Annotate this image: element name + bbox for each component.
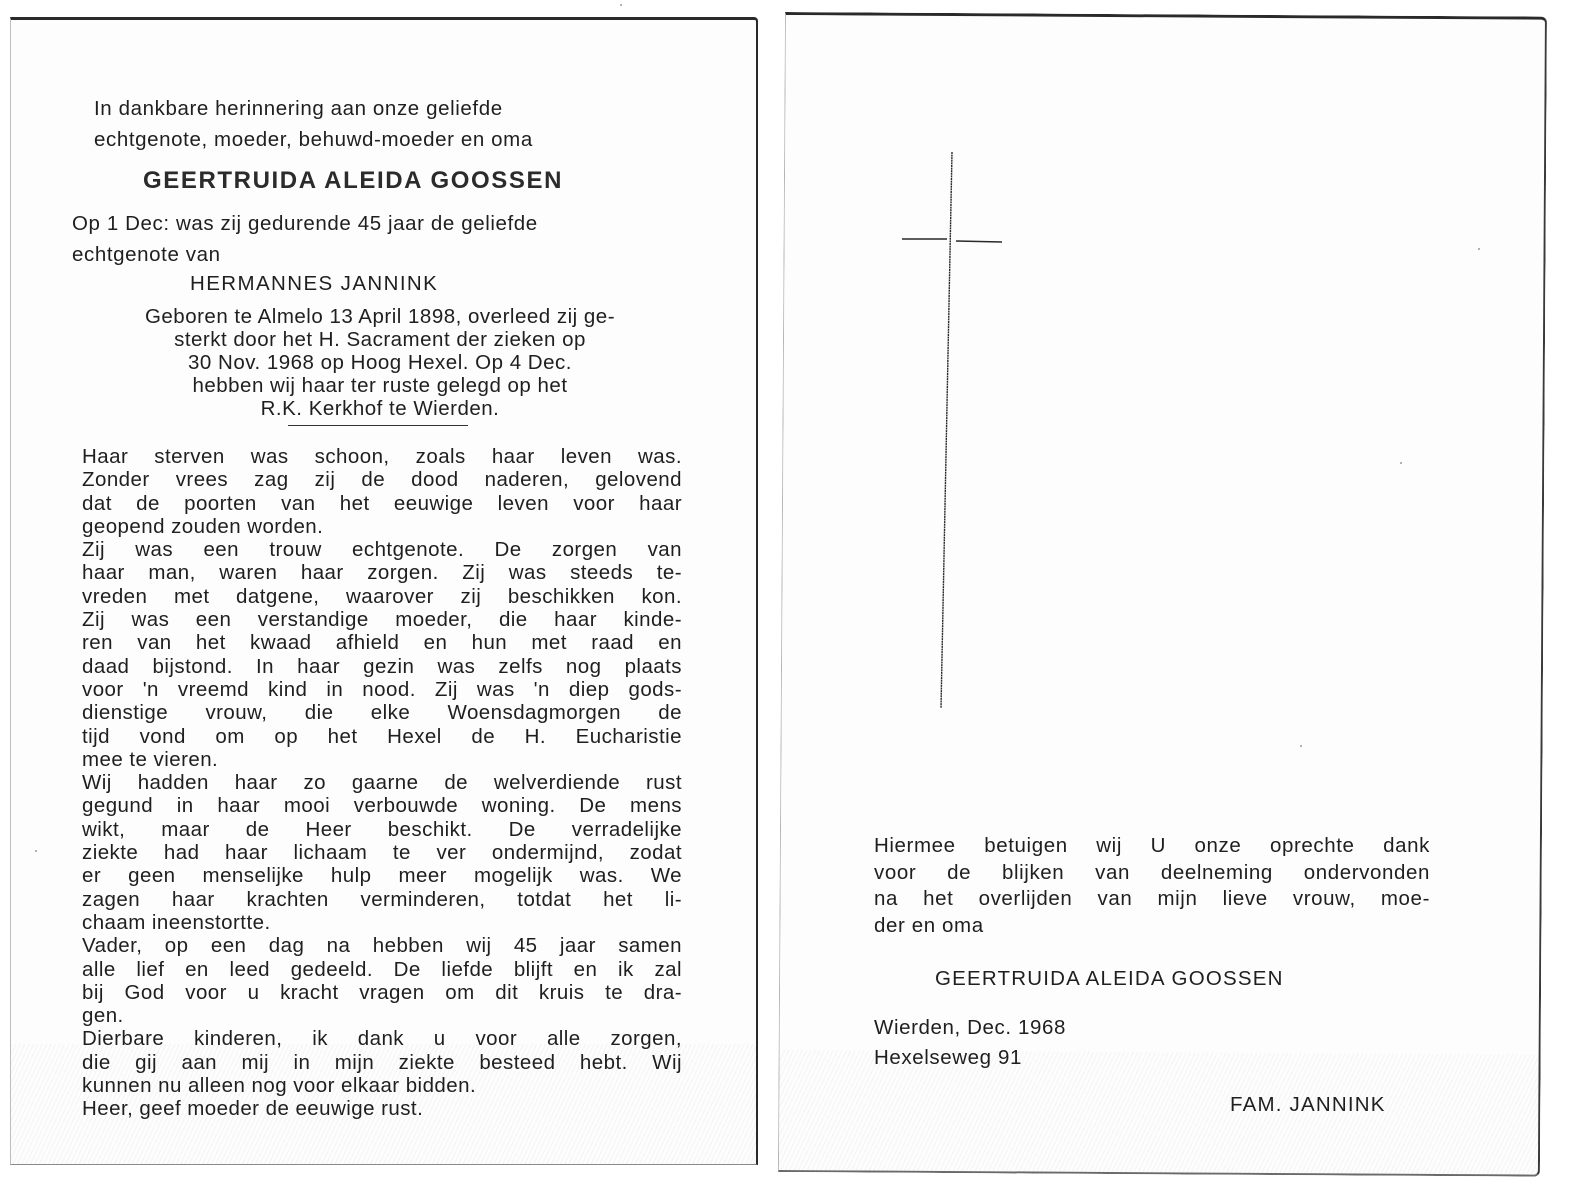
details-line: R.K. Kerkhof te Wierden. — [60, 397, 700, 420]
tribute-line: die gij aan mij in mijn ziekte besteed h… — [82, 1051, 682, 1074]
tribute-line: voor 'n vreemd kind in nood. Zij was 'n … — [82, 678, 682, 701]
tribute-line: bij God voor u kracht vragen om dit krui… — [82, 981, 682, 1004]
family-signature: FAM. JANNINK — [1230, 1093, 1386, 1117]
tribute-line: Zij was een trouw echtgenote. De zorgen … — [82, 538, 682, 561]
tribute-line: Zonder vrees zag zij de dood naderen, ge… — [82, 468, 682, 491]
details-line: sterkt door het H. Sacrament der zieken … — [60, 328, 700, 351]
tribute-line: er geen menselijke hulp meer mogelijk wa… — [82, 864, 682, 887]
scan-speck — [1300, 745, 1302, 747]
tribute-line: ren van het kwaad afhield en hun met raa… — [82, 631, 682, 654]
tribute-line: Dierbare kinderen, ik dank u voor alle z… — [82, 1027, 682, 1050]
details-line: 30 Nov. 1968 op Hoog Hexel. Op 4 Dec. — [60, 351, 700, 374]
memorial-card-thanks-side — [778, 12, 1547, 1177]
tribute-line: dat de poorten van het eeuwige leven voo… — [82, 492, 682, 515]
tribute-line: chaam ineenstortte. — [82, 911, 682, 934]
deceased-name-repeat: GEERTRUIDA ALEIDA GOOSSEN — [935, 967, 1284, 991]
tribute-line: mee te vieren. — [82, 748, 682, 771]
tribute-line: alle lief en leed gedeeld. De liefde bli… — [82, 958, 682, 981]
intro-line-1: In dankbare herinnering aan onze geliefd… — [94, 97, 503, 121]
scan-speck — [1478, 248, 1480, 250]
details-line: hebben wij haar ter ruste gelegd op het — [60, 374, 700, 397]
details-line: Geboren te Almelo 13 April 1898, overlee… — [60, 305, 700, 328]
tribute-line: gen. — [82, 1004, 682, 1027]
tribute-line: geopend zouden worden. — [82, 515, 682, 538]
birth-death-details: Geboren te Almelo 13 April 1898, overlee… — [60, 305, 700, 420]
scan-speck — [35, 850, 37, 852]
tribute-line: Wij hadden haar zo gaarne de welverdiend… — [82, 771, 682, 794]
intro-line-2: echtgenote, moeder, behuwd-moeder en oma — [94, 128, 533, 152]
tribute-text: Haar sterven was schoon, zoals haar leve… — [82, 445, 682, 1121]
tribute-line: Heer, geef moeder de eeuwige rust. — [82, 1097, 682, 1120]
place-date: Wierden, Dec. 1968 — [874, 1016, 1066, 1040]
tribute-line: haar man, waren haar zorgen. Zij was ste… — [82, 561, 682, 584]
tribute-line: ziekte had haar lichaam te ver ondermijn… — [82, 841, 682, 864]
marriage-line-1: Op 1 Dec: was zij gedurende 45 jaar de g… — [72, 212, 538, 236]
scan-speck — [620, 4, 622, 6]
thanks-line: voor de blijken van deelneming ondervond… — [874, 860, 1430, 887]
thanks-line: der en oma — [874, 913, 1430, 940]
tribute-line: vreden met datgene, waarover zij beschik… — [82, 585, 682, 608]
cross-icon — [900, 150, 1005, 710]
tribute-line: wikt, maar de Heer beschikt. De verradel… — [82, 818, 682, 841]
husband-name: HERMANNES JANNINK — [190, 272, 438, 296]
deceased-name-heading: GEERTRUIDA ALEIDA GOOSSEN — [143, 167, 563, 195]
tribute-line: daad bijstond. In haar gezin was zelfs n… — [82, 655, 682, 678]
tribute-line: dienstige vrouw, die elke Woensdagmorgen… — [82, 701, 682, 724]
thanks-text: Hiermee betuigen wij U onze oprechte dan… — [874, 833, 1430, 939]
tribute-line: kunnen nu alleen nog voor elkaar bidden. — [82, 1074, 682, 1097]
marriage-line-2: echtgenote van — [72, 243, 221, 267]
tribute-line: Zij was een verstandige moeder, die haar… — [82, 608, 682, 631]
divider-rule — [288, 425, 468, 426]
address: Hexelseweg 91 — [874, 1046, 1022, 1070]
tribute-line: Haar sterven was schoon, zoals haar leve… — [82, 445, 682, 468]
scan-speck — [1400, 462, 1402, 464]
thanks-line: Hiermee betuigen wij U onze oprechte dan… — [874, 833, 1430, 860]
thanks-line: na het overlijden van mijn lieve vrouw, … — [874, 886, 1430, 913]
tribute-line: zagen haar krachten verminderen, totdat … — [82, 888, 682, 911]
tribute-line: Vader, op een dag na hebben wij 45 jaar … — [82, 934, 682, 957]
tribute-line: gegund in haar mooi verbouwde woning. De… — [82, 794, 682, 817]
tribute-line: tijd vond om op het Hexel de H. Eucharis… — [82, 725, 682, 748]
